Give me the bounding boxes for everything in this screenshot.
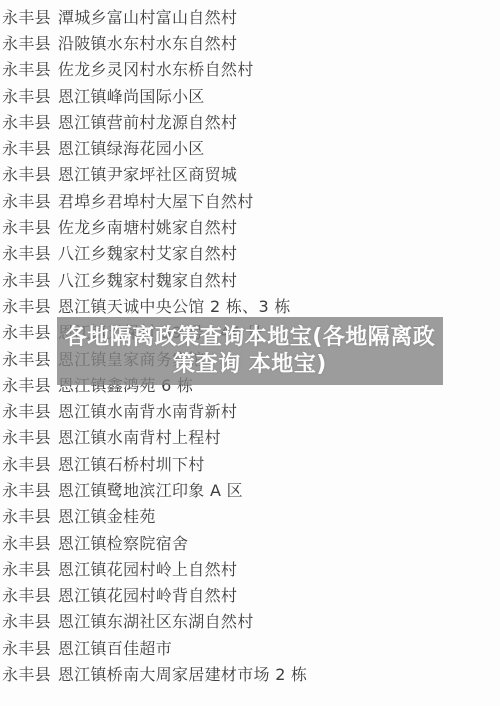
place-label: 八江乡魏家村魏家自然村 (58, 268, 237, 291)
list-item: 永丰县 恩江镇桥南大周家居建材市场 2 栋 (2, 660, 500, 686)
place-label: 恩江镇花园村岭上自然村 (58, 557, 237, 580)
list-item: 永丰县 八江乡魏家村艾家自然村 (2, 240, 500, 266)
list-item: 永丰县 恩江镇峰尚国际小区 (2, 82, 500, 108)
place-label: 沿陂镇水东村水东自然村 (58, 31, 237, 54)
county-label: 永丰县 (2, 399, 51, 422)
list-item: 永丰县 恩江镇鹭地滨江印象 A 区 (2, 476, 500, 502)
county-label: 永丰县 (2, 373, 51, 396)
county-label: 永丰县 (2, 268, 51, 291)
place-label: 恩江镇尹家坪社区商贸城 (58, 162, 237, 185)
place-label: 恩江镇营前村龙源自然村 (58, 110, 237, 133)
county-label: 永丰县 (2, 609, 51, 632)
county-label: 永丰县 (2, 320, 51, 343)
list-item: 永丰县 沿陂镇水东村水东自然村 (2, 29, 500, 55)
county-label: 永丰县 (2, 583, 51, 606)
list-item: 永丰县 八江乡魏家村魏家自然村 (2, 266, 500, 292)
list-item: 永丰县 恩江镇水南背村上程村 (2, 424, 500, 450)
county-label: 永丰县 (2, 531, 51, 554)
county-label: 永丰县 (2, 136, 51, 159)
place-label: 恩江镇检察院宿舍 (58, 531, 188, 554)
list-item: 永丰县 恩江镇尹家坪社区商贸城 (2, 161, 500, 187)
list-item: 永丰县 佐龙乡灵冈村水东桥自然村 (2, 56, 500, 82)
watermark-line2: 策查询 本地宝) (173, 351, 327, 378)
county-label: 永丰县 (2, 162, 51, 185)
county-label: 永丰县 (2, 31, 51, 54)
county-label: 永丰县 (2, 452, 51, 475)
county-label: 永丰县 (2, 478, 51, 501)
list-item: 永丰县 恩江镇花园村岭背自然村 (2, 582, 500, 608)
list-item: 永丰县 恩江镇营前村龙源自然村 (2, 108, 500, 134)
place-label: 恩江镇桥南大周家居建材市场 2 栋 (58, 662, 307, 685)
county-label: 永丰县 (2, 425, 51, 448)
place-label: 君埠乡君埠村大屋下自然村 (58, 189, 254, 212)
list-item: 永丰县 潭城乡富山村富山自然村 (2, 3, 500, 29)
place-label: 恩江镇东湖社区东湖自然村 (58, 609, 254, 632)
list-item: 永丰县 恩江镇绿海花园小区 (2, 134, 500, 160)
page: 永丰县 潭城乡富山村富山自然村 永丰县 沿陂镇水东村水东自然村 永丰县 佐龙乡灵… (0, 0, 500, 706)
watermark-overlay: 各地隔离政策查询本地宝(各地隔离政 策查询 本地宝) (57, 317, 443, 385)
list-item: 永丰县 恩江镇天诚中央公馆 2 栋、3 栋 (2, 292, 500, 318)
county-label: 永丰县 (2, 636, 51, 659)
place-label: 恩江镇天诚中央公馆 2 栋、3 栋 (58, 294, 291, 317)
place-label: 恩江镇水南背水南背新村 (58, 399, 237, 422)
place-label: 潭城乡富山村富山自然村 (58, 5, 237, 28)
place-label: 恩江镇金桂苑 (58, 504, 156, 527)
place-label: 佐龙乡灵冈村水东桥自然村 (58, 57, 254, 80)
county-label: 永丰县 (2, 294, 51, 317)
county-label: 永丰县 (2, 241, 51, 264)
place-label: 恩江镇峰尚国际小区 (58, 84, 205, 107)
watermark-line1: 各地隔离政策查询本地宝(各地隔离政 (65, 324, 436, 351)
place-label: 恩江镇水南背村上程村 (58, 425, 221, 448)
county-label: 永丰县 (2, 57, 51, 80)
place-label: 八江乡魏家村艾家自然村 (58, 241, 237, 264)
place-label: 恩江镇绿海花园小区 (58, 136, 205, 159)
list-item: 永丰县 恩江镇检察院宿舍 (2, 529, 500, 555)
list-item: 永丰县 恩江镇金桂苑 (2, 503, 500, 529)
list-item: 永丰县 恩江镇百佳超市 (2, 634, 500, 660)
list-item: 永丰县 恩江镇花园村岭上自然村 (2, 555, 500, 581)
list-item: 永丰县 佐龙乡南塘村姚家自然村 (2, 213, 500, 239)
place-label: 恩江镇石桥村圳下村 (58, 452, 205, 475)
county-label: 永丰县 (2, 504, 51, 527)
list-item: 永丰县 恩江镇东湖社区东湖自然村 (2, 608, 500, 634)
county-label: 永丰县 (2, 662, 51, 685)
place-label: 恩江镇花园村岭背自然村 (58, 583, 237, 606)
county-label: 永丰县 (2, 110, 51, 133)
list-item: 永丰县 恩江镇石桥村圳下村 (2, 450, 500, 476)
county-label: 永丰县 (2, 557, 51, 580)
list-item: 永丰县 恩江镇水南背水南背新村 (2, 397, 500, 423)
place-label: 恩江镇鹭地滨江印象 A 区 (58, 478, 243, 501)
county-label: 永丰县 (2, 347, 51, 370)
place-label: 恩江镇百佳超市 (58, 636, 172, 659)
place-label: 佐龙乡南塘村姚家自然村 (58, 215, 237, 238)
county-label: 永丰县 (2, 189, 51, 212)
county-label: 永丰县 (2, 215, 51, 238)
county-label: 永丰县 (2, 84, 51, 107)
list-item: 永丰县 君埠乡君埠村大屋下自然村 (2, 187, 500, 213)
county-label: 永丰县 (2, 5, 51, 28)
